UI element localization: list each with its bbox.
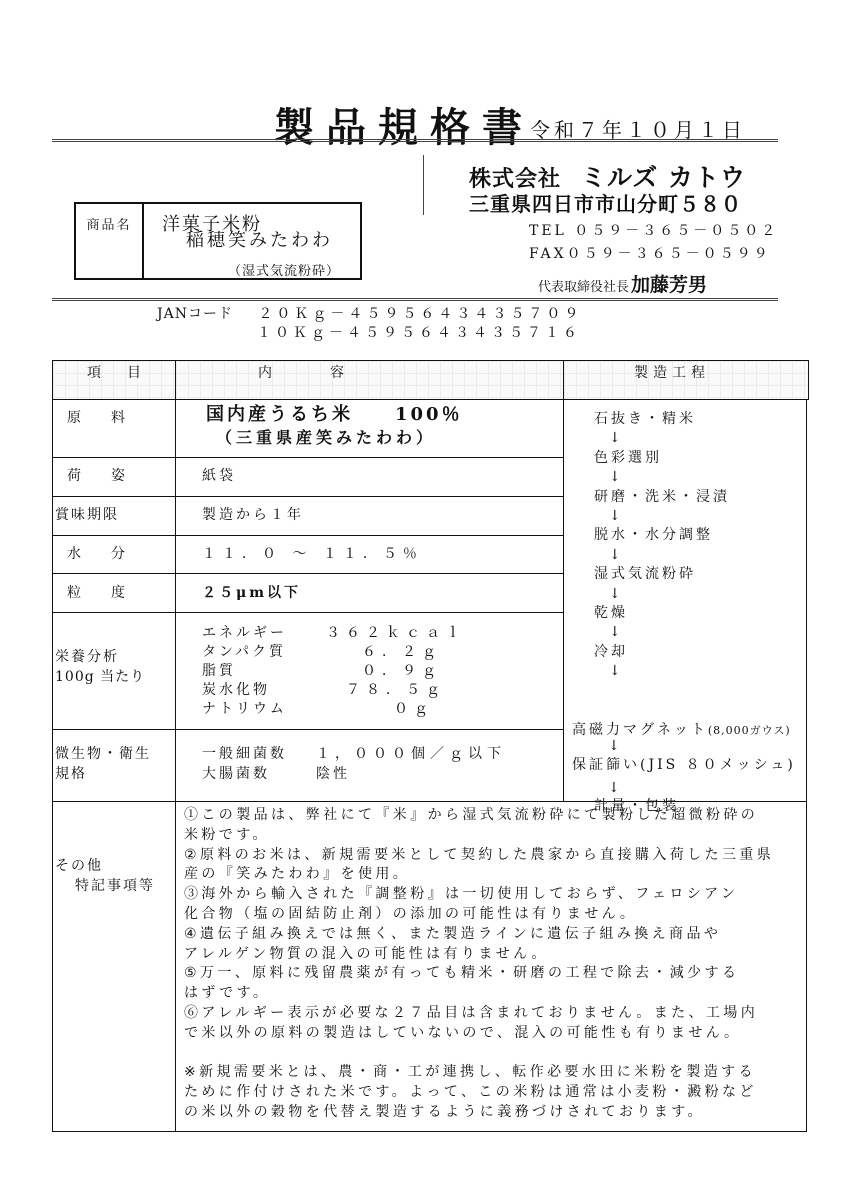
raw-material-origin: （三重県産笑みたわわ） [216, 428, 436, 448]
row-microbial-label-cell: 微生物・衛生 規格 [52, 729, 176, 802]
microbial-label: 微生物・衛生 [55, 744, 151, 764]
representative-title: 代表取締役社長 [538, 280, 629, 295]
process-magnet-note: (8,000ガウス) [708, 724, 791, 737]
jan-code-20kg-value: ２０Ｋｇ－４５９５６４３４３５７０９ [258, 306, 582, 322]
row-moisture-label-cell: 水 分 [52, 535, 176, 574]
header-item: 項 目 [87, 363, 147, 383]
row-nutrition-label-cell: 栄養分析 100g 当たり [52, 612, 176, 730]
header-process: 製造工程 [634, 363, 710, 383]
microbial-coliform-name: 大腸菌数 [202, 764, 270, 784]
packaging-value: 紙袋 [202, 466, 236, 486]
nutrition-sodium-value: ０ｇ [394, 699, 434, 719]
microbial-bacteria-value: １，０００個／ｇ以下 [316, 744, 506, 764]
process-magnet: 高磁力マグネット(8,000ガウス) [572, 720, 791, 741]
nutrition-energy-name: エネルギー [202, 623, 287, 643]
row-packaging-content-cell: 紙袋 [175, 457, 564, 497]
nutrition-energy-value: ３６２ｋｃａｌ [326, 623, 466, 643]
header-content-cell: 内 容 [175, 360, 564, 400]
special-notes: ①この製品は、弊社にて『米』から湿式気流粉砕にて製粉した超微粉砕の 米粉です。 … [184, 806, 774, 1123]
nutrition-carbs-name: 炭水化物 [202, 680, 270, 700]
jan-code-10kg: １０Ｋｇ－４５９５６４３４３５７１６ [257, 322, 581, 342]
row-nutrition-content-cell: エネルギー ３６２ｋｃａｌ タンパク質 ６．２ｇ 脂質 ０．９ｇ 炭水化物 ７８… [175, 612, 564, 730]
row-best-before-label-cell: 賞味期限 [52, 496, 176, 536]
microbial-coliform-value: 陰性 [316, 764, 350, 784]
nutrition-basis: 100g 当たり [55, 667, 145, 687]
header-content: 内 容 [258, 363, 348, 383]
row-particle-label-cell: 粒 度 [52, 573, 176, 613]
nutrition-protein-name: タンパク質 [202, 642, 286, 662]
microbial-label-2: 規格 [55, 764, 87, 784]
arrow-icon: ↓ [608, 736, 623, 756]
document-title: 製品規格書 [274, 96, 534, 153]
raw-material-label: 原 料 [67, 408, 133, 428]
nutrition-carbs-value: ７８．５ｇ [346, 680, 446, 700]
title-divider [52, 139, 778, 142]
notes-label-2: 特記事項等 [75, 876, 155, 896]
company-address: 三重県四日市市山分町５８０ [469, 188, 742, 217]
notes-label: その他 [55, 856, 103, 876]
particle-size-label: 粒 度 [67, 583, 133, 603]
particle-size-value: ２５μm以下 [202, 583, 301, 603]
moisture-value: １１．０ ～ １１．５％ [202, 544, 423, 564]
row-notes-content-cell: ①この製品は、弊社にて『米』から湿式気流粉砕にて製粉した超微粉砕の 米粉です。 … [175, 801, 807, 1132]
moisture-label: 水 分 [67, 544, 133, 564]
company-tel: TEL ０５９－３６５－０５０２ [529, 220, 778, 240]
jan-code-20kg: JANコード ２０Ｋｇ－４５９５６４３４３５７０９ [157, 303, 582, 323]
company-fax: FAX０５９－３６５－０５９９ [529, 243, 771, 263]
row-notes-label-cell: その他 特記事項等 [52, 801, 176, 1132]
product-name-label: 商品名 [76, 204, 144, 278]
process-cell: 石抜き・精米 ↓ 色彩選別 ↓ 研磨・洗米・浸漬 ↓ 脱水・水分調整 ↓ 湿式気… [563, 399, 807, 802]
nutrition-sodium-name: ナトリウム [202, 699, 287, 719]
microbial-bacteria-name: 一般細菌数 [202, 744, 287, 764]
process-steps: 石抜き・精米 ↓ 色彩選別 ↓ 研磨・洗米・浸漬 ↓ 脱水・水分調整 ↓ 湿式気… [594, 410, 730, 682]
row-microbial-content-cell: 一般細菌数 １，０００個／ｇ以下 大腸菌数 陰性 [175, 729, 564, 802]
header-process-cell: 製造工程 [563, 360, 809, 400]
nutrition-protein-value: ６．２ｇ [362, 642, 442, 662]
packaging-label: 荷 姿 [67, 466, 133, 486]
nutrition-fat-value: ０．９ｇ [362, 661, 442, 681]
row-moisture-content-cell: １１．０ ～ １１．５％ [175, 535, 564, 574]
best-before-value: 製造から１年 [202, 505, 304, 525]
jan-divider [52, 298, 778, 301]
best-before-label: 賞味期限 [55, 505, 119, 525]
process-sieve: 保証篩い(JIS ８０メッシュ) [572, 755, 796, 775]
representative-name: 加藤芳男 [631, 274, 707, 296]
raw-material-value: 国内産うるち米 100％ [206, 405, 463, 425]
product-name-method: （湿式気流粉砕） [228, 260, 340, 279]
row-particle-content-cell: ２５μm以下 [175, 573, 564, 613]
product-name-box: 商品名 洋菓子米粉 稲穂笑みたわわ （湿式気流粉砕） [74, 202, 362, 280]
product-name-line2: 稲穂笑みたわわ [186, 226, 333, 252]
header-vertical-divider [423, 155, 424, 215]
row-raw-material-label-cell: 原 料 [52, 399, 176, 458]
row-packaging-label-cell: 荷 姿 [52, 457, 176, 497]
nutrition-fat-name: 脂質 [202, 661, 236, 681]
row-best-before-content-cell: 製造から１年 [175, 496, 564, 536]
process-magnet-label: 高磁力マグネット [572, 722, 708, 738]
representative: 代表取締役社長加藤芳男 [538, 270, 707, 297]
nutrition-label: 栄養分析 [55, 647, 119, 667]
arrow-icon: ↓ [608, 778, 623, 798]
row-raw-material-content-cell: 国内産うるち米 100％ （三重県産笑みたわわ） [175, 399, 564, 458]
jan-label: JANコード [157, 306, 233, 322]
header-item-cell: 項 目 [52, 360, 176, 400]
